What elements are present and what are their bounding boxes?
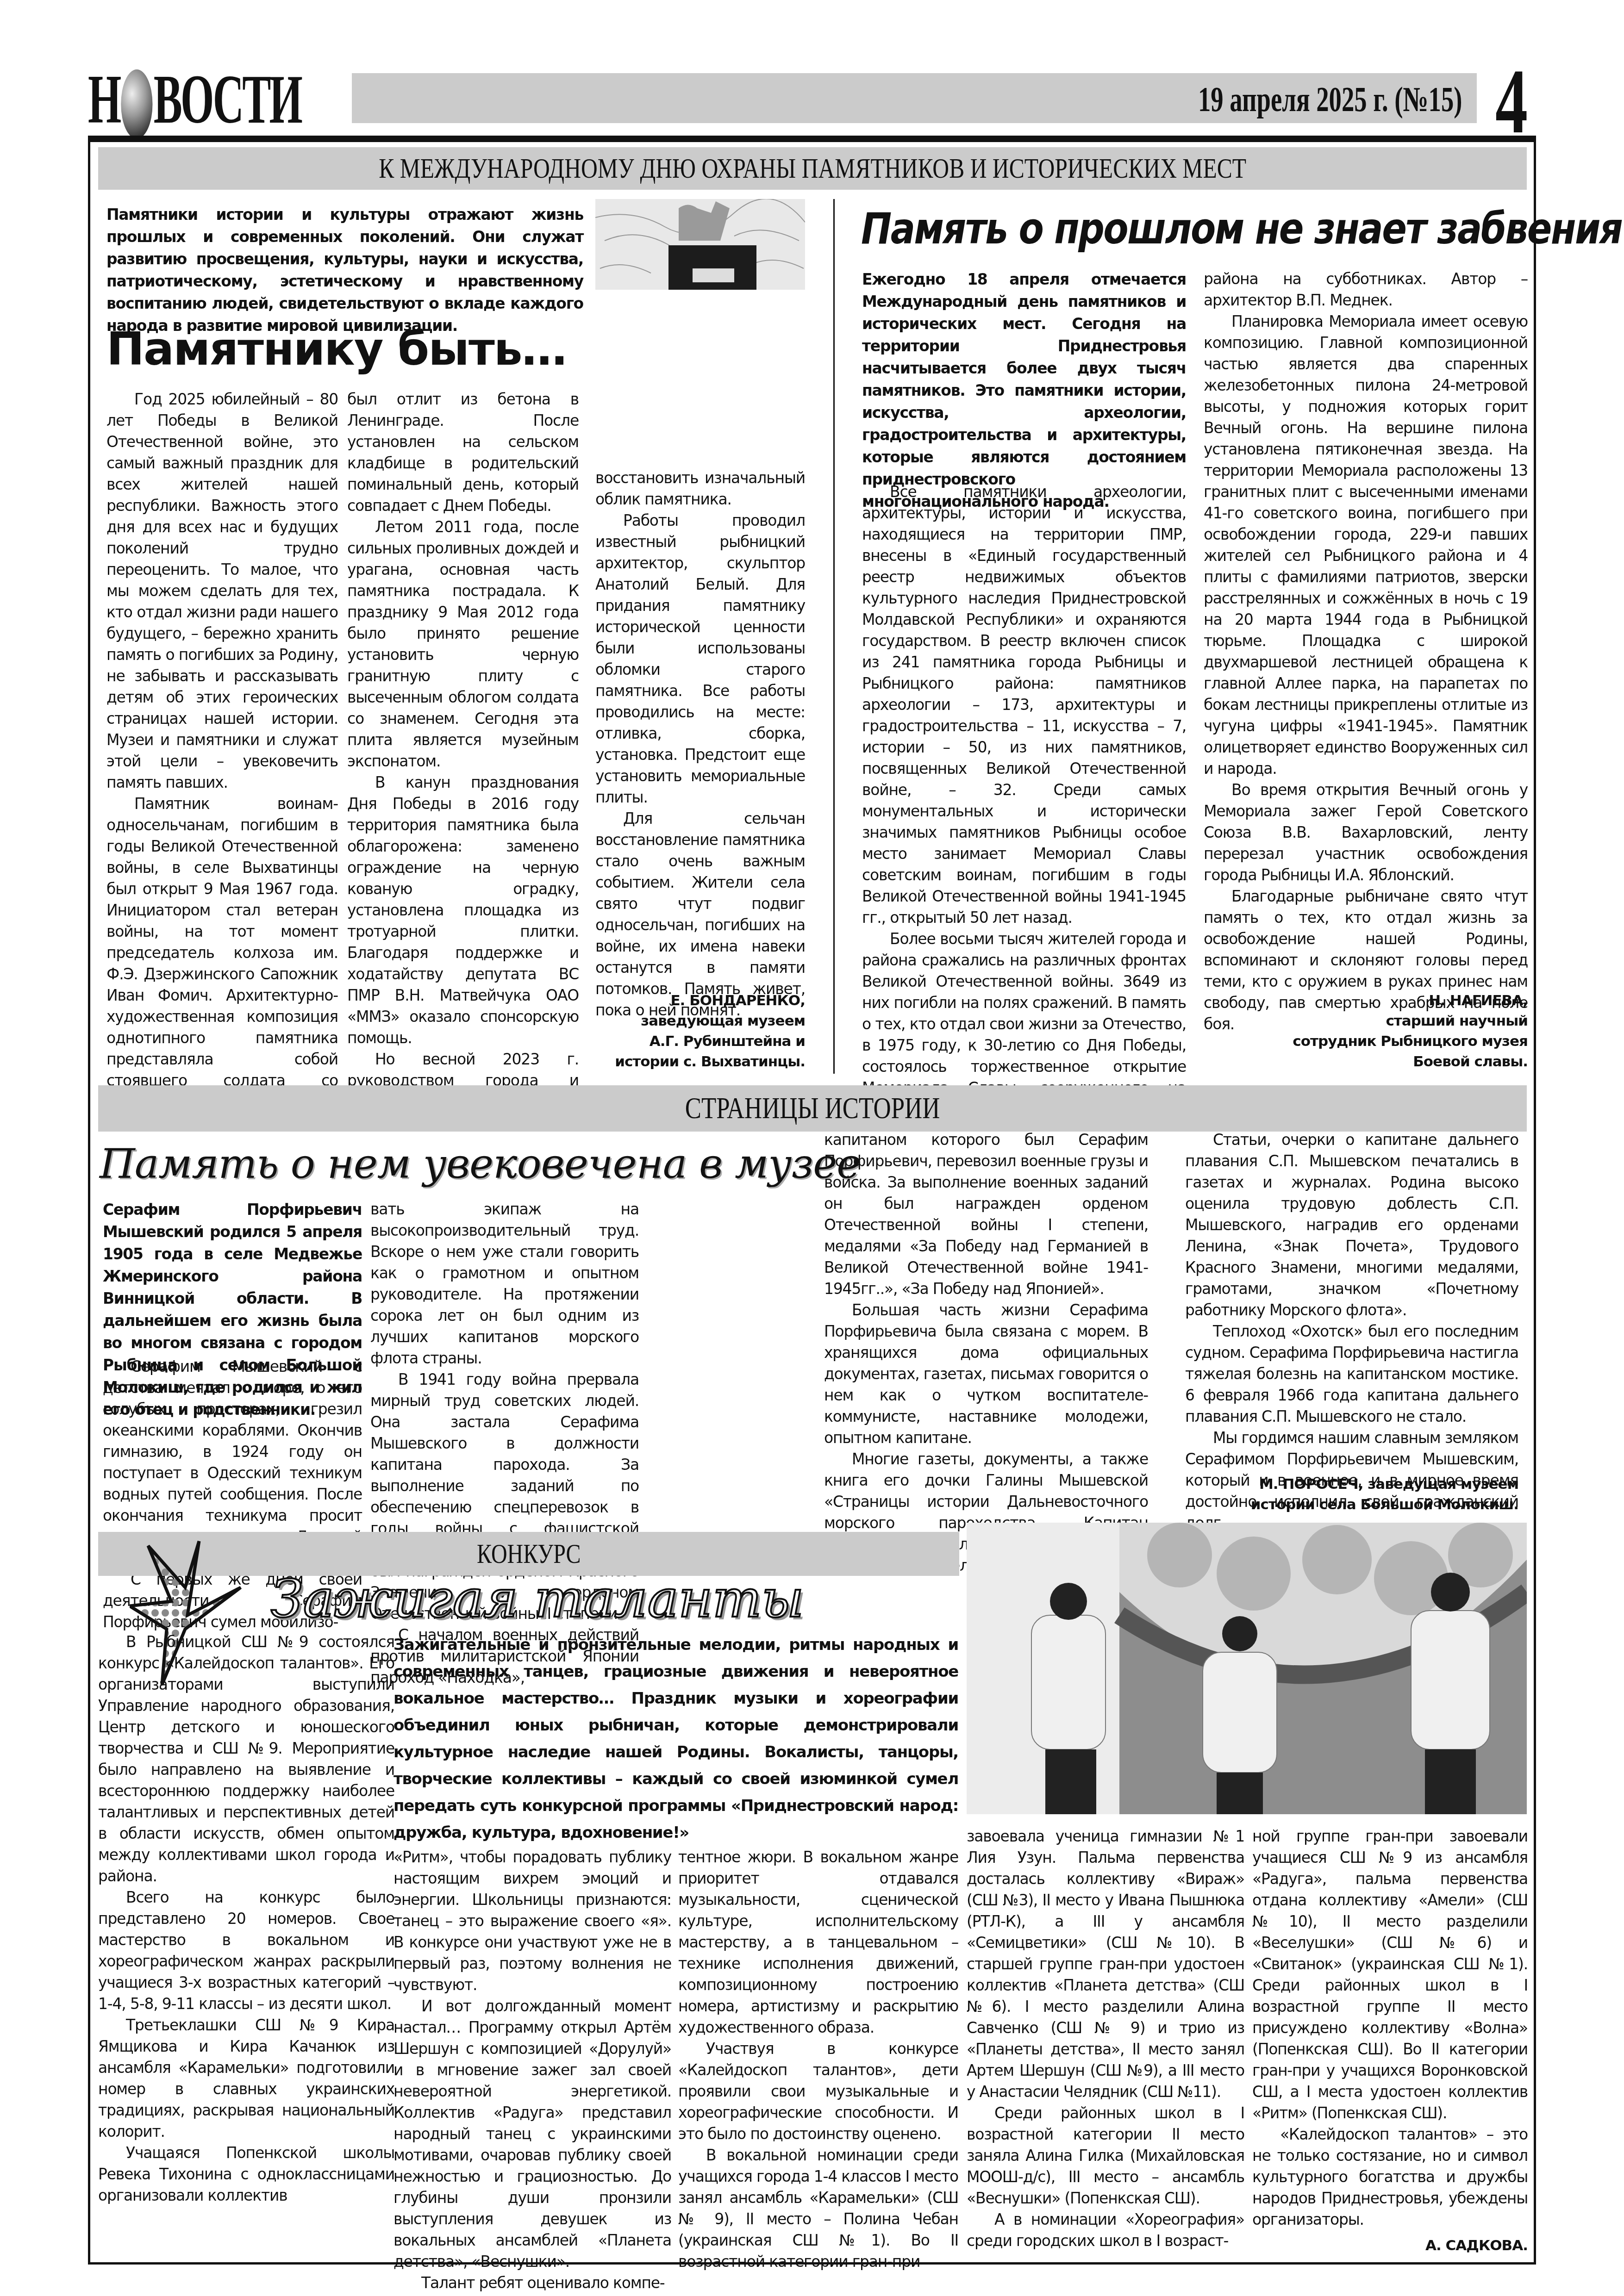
column-divider: [833, 199, 835, 1074]
paragraph: И вот долгожданный момент настал… Програ…: [394, 1996, 671, 2272]
paragraph: «Калейдоскоп талантов» – это не только с…: [1252, 2124, 1528, 2230]
paragraph: вать экипаж на высокопроизводительный тр…: [370, 1199, 639, 1369]
paragraph: Большая часть жизни Серафима Порфирьевич…: [824, 1300, 1148, 1449]
author-title: истории с. Выхватинцы.: [595, 1052, 805, 1072]
globe-icon: [121, 69, 152, 139]
author-title: заведующая музеем: [595, 1011, 805, 1031]
author-title: истории села Большой Молокиш.: [1185, 1494, 1518, 1515]
paragraph: А в номинации «Хореография» среди городс…: [967, 2209, 1244, 2252]
paragraph: ной группе гран-при завоевали учащиеся С…: [1252, 1826, 1528, 2124]
article2-title: Память о прошлом не знает забвения: [861, 204, 1622, 255]
logo-letter: Н: [88, 61, 120, 138]
article4-col3: тентное жюри. В вокальном жанре приорите…: [678, 1847, 958, 2272]
monument-photo: [595, 199, 805, 290]
paragraph: Талант ребят оценивало компе-: [394, 2272, 671, 2294]
logo-text: ВОСТИ: [154, 61, 301, 138]
article1-title: Памятнику быть…: [106, 324, 566, 375]
article1-col2: был отлит из бетона в Ленинграде. После …: [347, 389, 579, 1134]
article2-col1: Все памятники археологии, архитектуры, и…: [862, 481, 1186, 1120]
paragraph: Памятник воинам-односельчанам, погибшим …: [106, 793, 338, 1113]
author-title: сотрудник Рыбницкого музея: [1204, 1031, 1528, 1052]
paragraph: был отлит из бетона в Ленинграде. После …: [347, 389, 579, 516]
rubric-history-pages: СТРАНИЦЫ ИСТОРИИ: [98, 1085, 1527, 1132]
paragraph: В вокальной номинации среди учащихся гор…: [678, 2145, 958, 2272]
article2-signature: Н. НАГИЕВА, старший научный сотрудник Ры…: [1204, 990, 1528, 1072]
paragraph: Третьеклашки СШ №9 Кира Ямщикова и Кира …: [98, 2015, 394, 2142]
article2-col2: района на субботниках. Автор – архитекто…: [1204, 268, 1528, 1035]
paragraph: В канун празднования Дня Победы в 2016 г…: [347, 772, 579, 1049]
article1-lead: Памятники истории и культуры отражают жи…: [106, 204, 583, 337]
article4-lead: Зажигательные и пронзительные мелодии, р…: [394, 1631, 958, 1846]
paragraph: завоевала ученица гимназии №1 Лия Узун. …: [967, 1826, 1244, 2103]
article3-signature: М. ПОРОСЕЧ, заведущая музеем истории сел…: [1185, 1474, 1518, 1515]
article4-col4: завоевала ученица гимназии №1 Лия Узун. …: [967, 1826, 1244, 2252]
article4-signature: А. САДКОВА.: [1252, 2235, 1528, 2256]
paragraph: Работы проводил известный рыбницкий архи…: [595, 510, 805, 808]
article4-col5: ной группе гран-при завоевали учащиеся С…: [1252, 1826, 1528, 2230]
singers-photo: [967, 1523, 1527, 1814]
author-name: Е. БОНДАРЕНКО,: [595, 990, 805, 1011]
page-number: 4: [1495, 56, 1528, 148]
author-name: Н. НАГИЕВА,: [1204, 990, 1528, 1011]
paragraph: Для сельчан восстановление памятника ста…: [595, 808, 805, 1021]
paragraph: района на субботниках. Автор – архитекто…: [1204, 268, 1528, 311]
newspaper-logo: НВОСТИ: [88, 69, 301, 130]
paragraph: Год 2025 юбилейный – 80 лет Победы в Вел…: [106, 389, 338, 793]
author-title: А.Г. Рубинштейна и: [595, 1031, 805, 1052]
paragraph: Среди районных школ в I возрастной катег…: [967, 2103, 1244, 2209]
article1-col3: восстановить изначальный облик памятника…: [595, 467, 805, 1021]
author-name: А. САДКОВА.: [1252, 2235, 1528, 2256]
article3-col4: Статьи, очерки о капитане дальнего плава…: [1185, 1129, 1518, 1534]
paragraph: В Рыбницкой СШ №9 состоялся конкурс «Кал…: [98, 1631, 394, 1887]
paragraph: Всего на конкурс было представлено 20 но…: [98, 1887, 394, 2015]
article3-col3: капитаном которого был Серафим Порфирьев…: [824, 1129, 1148, 1576]
article1-signature: Е. БОНДАРЕНКО, заведующая музеем А.Г. Ру…: [595, 990, 805, 1072]
paragraph: Летом 2011 года, после сильных проливных…: [347, 516, 579, 772]
article1-col1: Год 2025 юбилейный – 80 лет Победы в Вел…: [106, 389, 338, 1113]
paragraph: Участвуя в конкурсе «Калейдоскоп таланто…: [678, 2038, 958, 2145]
singers-illustration-icon: [967, 1523, 1527, 1814]
paragraph: Во время открытия Вечный огонь у Мемориа…: [1204, 779, 1528, 886]
article2-lead: Ежегодно 18 апреля отмечается Международ…: [862, 268, 1186, 513]
article4-title: Зажигая таланты: [271, 1569, 804, 1629]
article3-title: Память о нем увековечена в музее: [100, 1139, 860, 1189]
paragraph: тентное жюри. В вокальном жанре приорите…: [678, 1847, 958, 2038]
paragraph: Учащаяся Попенкской школы Ревека Тихонин…: [98, 2142, 394, 2206]
article4-col1: В Рыбницкой СШ №9 состоялся конкурс «Кал…: [98, 1631, 394, 2206]
paragraph: «Ритм», чтобы порадовать публику настоящ…: [394, 1847, 671, 1996]
paragraph: восстановить изначальный облик памятника…: [595, 467, 805, 510]
paragraph: Статьи, очерки о капитане дальнего плава…: [1185, 1129, 1518, 1321]
rubric-monuments-day: К МЕЖДУНАРОДНОМУ ДНЮ ОХРАНЫ ПАМЯТНИКОВ И…: [98, 147, 1527, 190]
issue-date: 19 апреля 2025 г. (№15): [1198, 79, 1462, 120]
author-title: старший научный: [1204, 1011, 1528, 1031]
article4-col2: «Ритм», чтобы порадовать публику настоящ…: [394, 1847, 671, 2294]
paragraph: Все памятники археологии, архитектуры, и…: [862, 481, 1186, 928]
author-title: Боевой славы.: [1204, 1052, 1528, 1072]
paragraph: Теплоход «Охотск» был его последним судн…: [1185, 1321, 1518, 1427]
author-name: М. ПОРОСЕЧ, заведущая музеем: [1185, 1474, 1518, 1494]
monument-illustration-icon: [595, 199, 805, 290]
paragraph: капитаном которого был Серафим Порфирьев…: [824, 1129, 1148, 1300]
paragraph: Планировка Мемориала имеет осевую композ…: [1204, 311, 1528, 779]
